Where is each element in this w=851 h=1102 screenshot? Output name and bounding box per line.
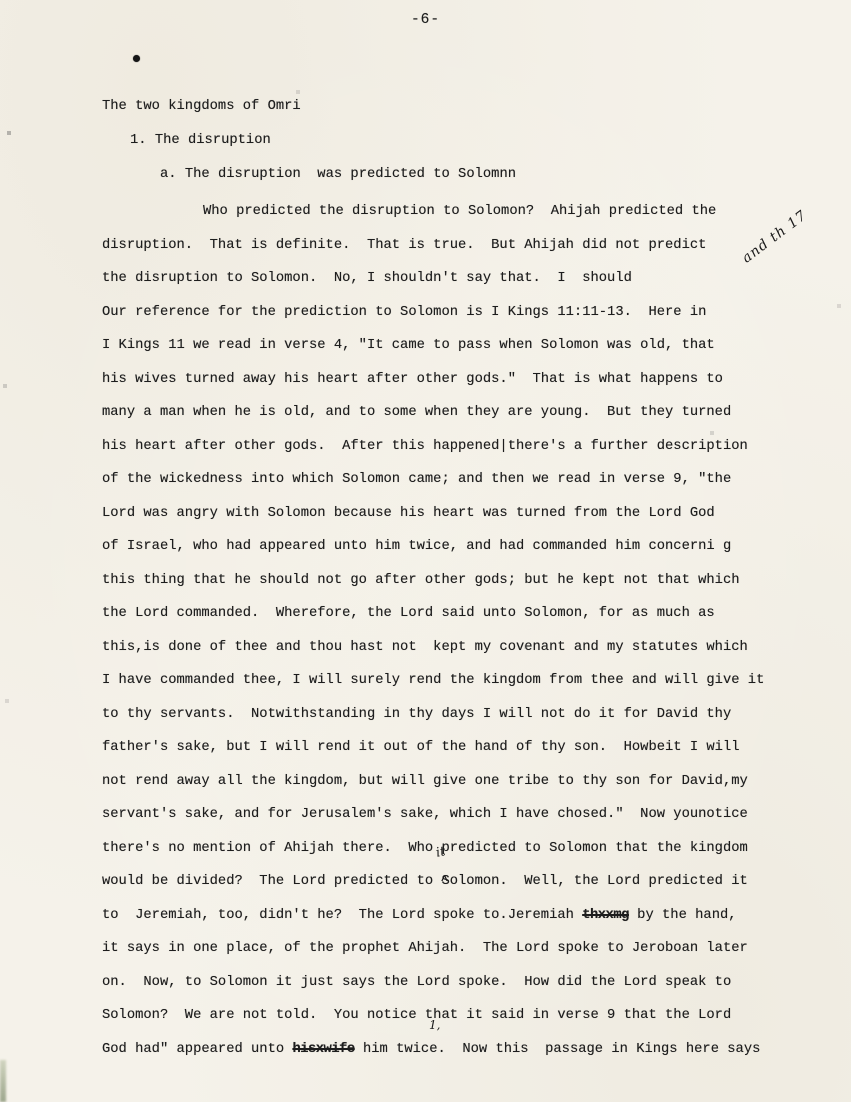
typed-line: it says in one place, of the prophet Ahi… xyxy=(102,932,764,966)
typed-line: the disruption to Solomon. No, I shouldn… xyxy=(102,262,764,296)
paper-stain xyxy=(0,1060,6,1102)
typed-text: him twice. Now this passage in Kings her… xyxy=(355,1042,761,1057)
typed-line: Lord was angry with Solomon because his … xyxy=(102,497,764,531)
typed-line: servant's sake, and for Jerusalem's sake… xyxy=(102,798,764,832)
typed-line: many a man when he is old, and to some w… xyxy=(102,396,764,430)
typed-line: Who predicted the disruption to Solomon?… xyxy=(102,195,764,229)
typed-line: of the wickedness into which Solomon cam… xyxy=(102,463,764,497)
typed-line: disruption. That is definite. That is tr… xyxy=(102,229,764,263)
typed-text: to Jeremiah, too, didn't he? The Lord sp… xyxy=(102,908,582,923)
typed-line: this,is done of thee and thou hast not k… xyxy=(102,631,764,665)
typed-line: I have commanded thee, I will surely ren… xyxy=(102,664,764,698)
typed-line: there's no mention of Ahijah there. Who … xyxy=(102,832,764,866)
typed-text: by the hand, xyxy=(629,908,737,923)
typed-line: this thing that he should not go after o… xyxy=(102,564,764,598)
typed-text: God had" appeared unto xyxy=(102,1042,292,1057)
body-text: Who predicted the disruption to Solomon?… xyxy=(102,195,764,1066)
typed-line: of Israel, who had appeared unto him twi… xyxy=(102,530,764,564)
typed-line: the Lord commanded. Wherefore, the Lord … xyxy=(102,597,764,631)
typed-line: his heart after other gods. After this h… xyxy=(102,430,764,464)
typed-line-with-strikeout: God had" appeared unto hisxwife him twic… xyxy=(102,1033,764,1067)
struck-out-word: hisxwife xyxy=(292,1042,354,1057)
ink-dot xyxy=(133,55,140,62)
typed-line: I Kings 11 we read in verse 4, "It came … xyxy=(102,329,764,363)
typed-line-with-strikeout: to Jeremiah, too, didn't he? The Lord sp… xyxy=(102,899,764,933)
struck-out-word: thxxmg xyxy=(582,908,629,923)
outline-heading: The two kingdoms of Omri 1. The disrupti… xyxy=(102,90,516,192)
typed-line: father's sake, but I will rend it out of… xyxy=(102,731,764,765)
typed-line: not rend away all the kingdom, but will … xyxy=(102,765,764,799)
typed-line: would be divided? The Lord predicted to … xyxy=(102,865,764,899)
outline-item-1: 1. The disruption xyxy=(102,124,516,158)
document-page: -6- The two kingdoms of Omri 1. The disr… xyxy=(0,0,851,1102)
handwritten-superscript-mark: 1, xyxy=(429,1018,440,1032)
typed-line: on. Now, to Solomon it just says the Lor… xyxy=(102,966,764,1000)
typed-line: to thy servants. Notwithstanding in thy … xyxy=(102,698,764,732)
outline-item-1a: a. The disruption was predicted to Solom… xyxy=(102,158,516,192)
paper-specks xyxy=(0,0,2,2)
insertion-caret-mark: ^ xyxy=(441,874,448,888)
page-number: -6- xyxy=(0,12,851,28)
typed-line: Our reference for the prediction to Solo… xyxy=(102,296,764,330)
typed-line: his wives turned away his heart after ot… xyxy=(102,363,764,397)
outline-title: The two kingdoms of Omri xyxy=(102,90,516,124)
